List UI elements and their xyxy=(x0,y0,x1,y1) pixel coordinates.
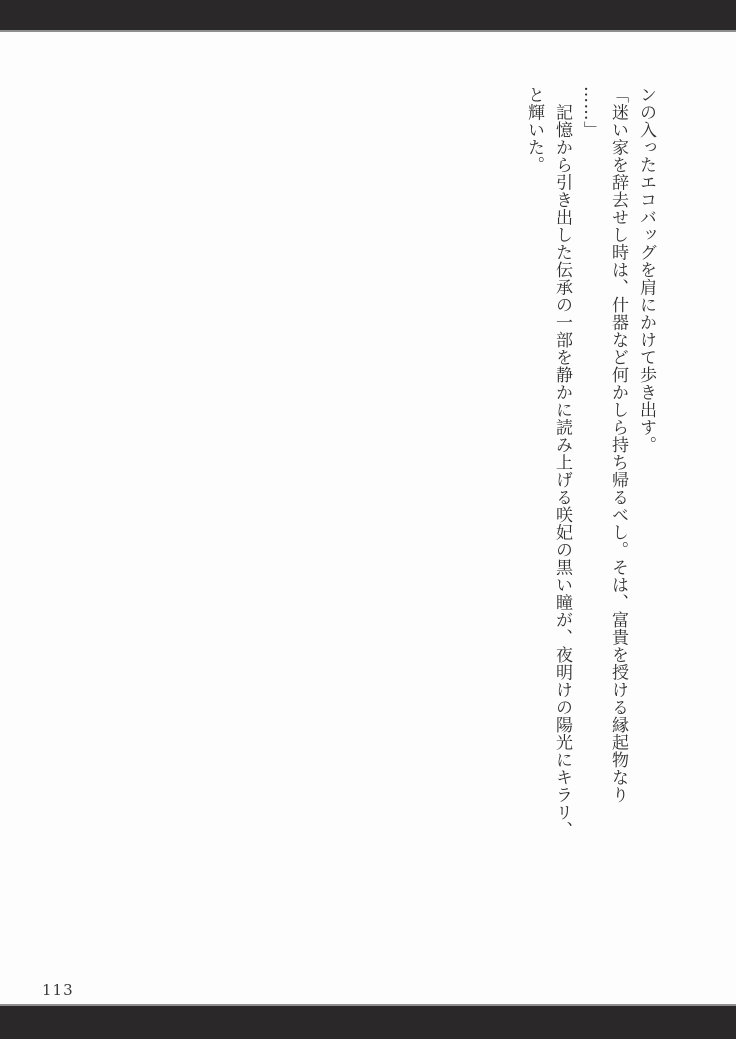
book-page: ンの入ったエコバッグを肩にかけて歩き出す。 「迷い家を辞去せし時は、什器など何か… xyxy=(0,34,736,1004)
ebook-reader-screen: ンの入ったエコバッグを肩にかけて歩き出す。 「迷い家を辞去せし時は、什器など何か… xyxy=(0,0,736,1039)
text-column: 記憶から引き出した伝承の一部を静かに読み上げる咲妃の黒い瞳が、夜明けの陽光にキラ… xyxy=(548,86,576,872)
text-column: と輝いた。 xyxy=(520,86,548,872)
text-column: ……」 xyxy=(576,86,604,872)
vertical-text-block: ンの入ったエコバッグを肩にかけて歩き出す。 「迷い家を辞去せし時は、什器など何か… xyxy=(520,86,660,872)
top-letterbox-bar xyxy=(0,0,736,32)
text-column: 「迷い家を辞去せし時は、什器など何かしら持ち帰るべし。そは、富貴を授ける縁起物な… xyxy=(604,86,632,872)
page-number: 113 xyxy=(42,981,74,999)
bottom-letterbox-bar xyxy=(0,1004,736,1039)
text-column: ンの入ったエコバッグを肩にかけて歩き出す。 xyxy=(632,86,660,872)
